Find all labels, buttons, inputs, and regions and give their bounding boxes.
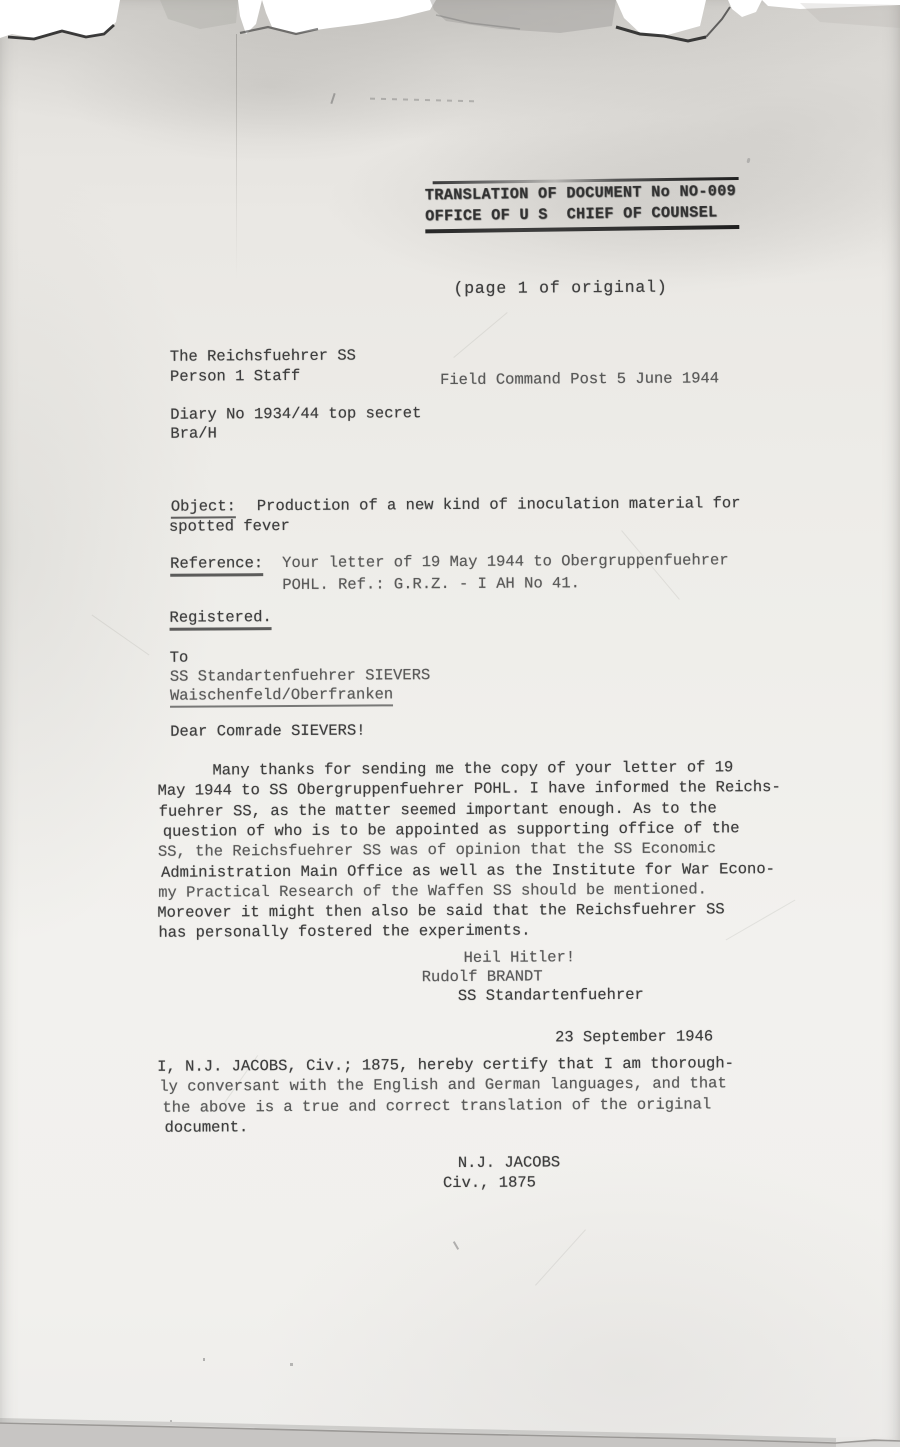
recipient-row: Waischenfeld/Oberfranken: [170, 684, 393, 705]
certification-line: document.: [165, 1117, 249, 1138]
reference-line-1: Your letter of 19 May 1944 to Obergruppe…: [282, 550, 729, 573]
diary-number: Diary No 1934/44 top secret: [170, 403, 421, 425]
object-line-2: spotted fever: [169, 516, 290, 537]
registered-note: Registered.: [169, 608, 271, 631]
sender-dept: Person 1 Staff: [170, 366, 300, 387]
salutation: Dear Comrade SIEVERS!: [170, 721, 365, 742]
body-line: May 1944 to SS Obergruppenfuehrer POHL. …: [157, 777, 780, 801]
scanned-page: TRANSLATION OF DOCUMENT No NO-009 OFFICE…: [0, 0, 900, 1447]
certification-line: the above is a true and correct translat…: [162, 1094, 711, 1117]
object-line-1: Production of a new kind of inoculation …: [257, 493, 741, 516]
closing-salute: Heil Hitler!: [464, 947, 576, 968]
signer-rank: SS Standartenfuehrer: [458, 985, 644, 1006]
field-post-date: Field Command Post 5 June 1944: [440, 368, 719, 390]
reference-label: Reference:: [170, 554, 263, 577]
translation-stamp: TRANSLATION OF DOCUMENT No NO-009 OFFICE…: [425, 177, 740, 233]
page-note: (page 1 of original): [453, 278, 667, 299]
signer-name: Rudolf BRANDT: [422, 966, 543, 987]
recipient-location: Waischenfeld/Oberfranken: [170, 685, 393, 707]
body-line: has personally fostered the experiments.: [158, 921, 530, 943]
signature-id: Civ., 1875: [443, 1172, 536, 1193]
torn-edge-top: [0, 0, 900, 70]
file-initials: Bra/H: [170, 423, 217, 443]
body-line: SS, the Reichsfuehrer SS was of opinion …: [158, 838, 716, 861]
object-row: Object:: [171, 496, 236, 516]
body-line: Moreover it might then also be said that…: [157, 899, 725, 922]
reference-row: Reference:: [170, 553, 263, 574]
registered-row: Registered.: [169, 607, 271, 628]
certification-line: ly conversant with the English and Germa…: [159, 1073, 727, 1096]
signature-name: N.J. JACOBS: [458, 1152, 560, 1173]
stamp-line-2: OFFICE OF U S CHIEF OF COUNSEL: [425, 202, 739, 227]
certification-date: 23 September 1946: [555, 1026, 713, 1047]
typed-content: TRANSLATION OF DOCUMENT No NO-009 OFFICE…: [0, 0, 900, 1447]
recipient-to: To: [170, 648, 189, 668]
sender-org: The Reichsfuehrer SS: [170, 346, 356, 367]
reference-line-2: POHL. Ref.: G.R.Z. - I AH No 41.: [282, 573, 580, 595]
paper-edge-bottom: [0, 1407, 900, 1447]
